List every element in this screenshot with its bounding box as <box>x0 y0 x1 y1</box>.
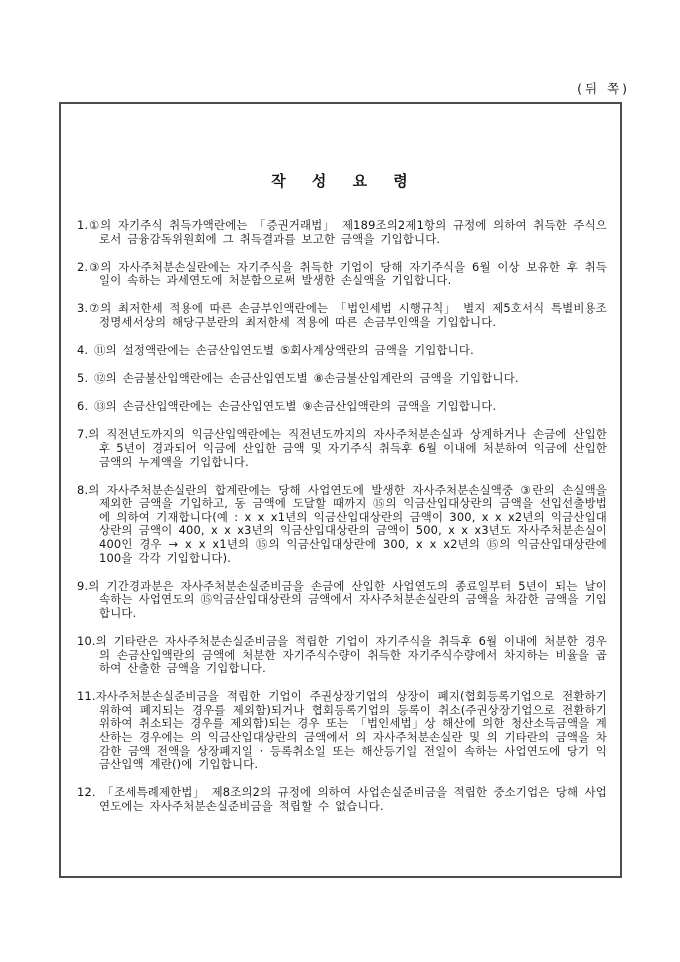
instruction-item-5: 5. ⑫의 손금불산입액란에는 손금산입연도별 ⑧손금불산입계란의 금액을 기입… <box>77 372 607 386</box>
instruction-item-8: 8.의 자사주처분손실란의 합계란에는 당해 사업연도에 발생한 자사주처분손실… <box>77 484 607 566</box>
instruction-item-12: 12. 「조세특례제한법」 제8조의2의 규정에 의하여 사업손실준비금을 적립… <box>77 786 607 813</box>
instruction-item-1: 1.①의 자기주식 취득가액란에는 「증권거래법」 제189조의2제1항의 규정… <box>77 219 607 246</box>
instruction-item-9: 9.의 기간경과분은 자사주처분손실준비금을 손금에 산입한 사업연도의 종료일… <box>77 580 607 621</box>
instruction-item-11: 11.자사주처분손실준비금을 적립한 기업이 주권상장기업의 상장이 폐지(협회… <box>77 690 607 772</box>
document-page: { "doc": { "side_label": "(뒤 쪽)", "title… <box>0 0 680 962</box>
instruction-item-3: 3.⑦의 최저한세 적용에 따른 손금부인액란에는 「법인세법 시행규칙」 별지… <box>77 302 607 329</box>
instruction-item-10: 10.의 기타란은 자사주처분손실준비금을 적립한 기업이 자기주식을 취득후 … <box>77 635 607 676</box>
page-side-label: (뒤 쪽) <box>577 79 630 97</box>
page-title: 작 성 요 령 <box>61 170 620 191</box>
instructions-body: 1.①의 자기주식 취득가액란에는 「증권거래법」 제189조의2제1항의 규정… <box>61 191 620 814</box>
instruction-item-6: 6. ⑬의 손금산입액란에는 손금산입연도별 ⑨손금산입액란의 금액을 기입합니… <box>77 400 607 414</box>
instruction-item-4: 4. ⑪의 설정액란에는 손금산입연도별 ⑤회사계상액란의 금액을 기입합니다. <box>77 344 607 358</box>
instruction-item-2: 2.③의 자사주처분손실란에는 자기주식을 취득한 기업이 당해 자기주식을 6… <box>77 261 607 288</box>
instruction-item-7: 7.의 직전년도까지의 익금산입액란에는 직전년도까지의 자사주처분손실과 상계… <box>77 428 607 469</box>
form-border-box: 작 성 요 령 1.①의 자기주식 취득가액란에는 「증권거래법」 제189조의… <box>59 102 622 878</box>
